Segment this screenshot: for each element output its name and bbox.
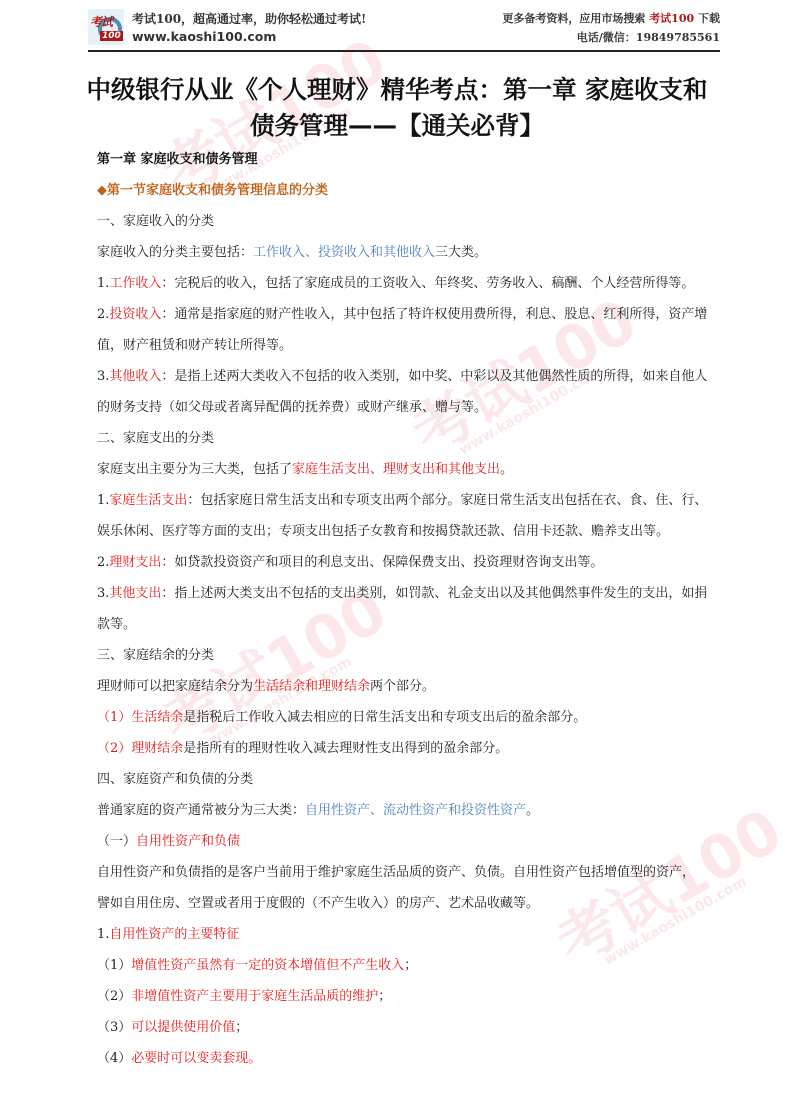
kaoshi100-logo-icon: 考试 100 [88, 9, 124, 45]
promo-suffix: 下载 [694, 12, 720, 25]
text: ：包括家庭日常生活支出和专项支出两个部分。家庭日常生活支出包括在衣、食、住、行、 [187, 493, 707, 508]
feature-item: （1）增值性资产虽然有一定的资本增值但不产生收入； [97, 955, 707, 986]
item-number: 3. [97, 586, 109, 601]
text: ：如贷款投资资产和项目的利息支出、保障保费支出、投资理财咨询支出等。 [161, 555, 603, 570]
chapter-heading: 第一章 家庭收支和债务管理 [97, 149, 707, 180]
contact-info: 电话/微信：19849785561 [577, 29, 720, 45]
highlight-text: 工作收入、投资收入和其他收入 [253, 245, 435, 260]
item-number: （一） [97, 834, 136, 849]
header-divider [88, 50, 720, 52]
feature-text: 必要时可以变卖套现 [131, 1051, 248, 1066]
list-item: （2）理财结余是指所有的理财性收入减去理财性支出得到的盈余部分。 [97, 738, 707, 769]
text: 。 [526, 803, 539, 818]
punctuation: ； [404, 958, 417, 973]
key-term: 理财支出 [109, 555, 161, 570]
text: 理财师可以把家庭结余分为 [97, 679, 253, 694]
subsection-heading: 二、家庭支出的分类 [97, 428, 707, 459]
title-line-1: 中级银行从业《个人理财》精华考点：第一章 家庭收支和 [80, 72, 714, 108]
highlight-text: 自用性资产、流动性资产和投资性资产 [305, 803, 526, 818]
list-item-continued: 值，财产租赁和财产转让所得等。 [97, 335, 707, 366]
key-term: 其他收入 [109, 369, 161, 384]
list-item-continued: 娱乐休闲、医疗等方面的支出；专项支出包括子女教育和按揭贷款还款、信用卡还款、赡养… [97, 521, 707, 552]
feature-item: （4）必要时可以变卖套现。 [97, 1048, 707, 1079]
text: ：通常是指家庭的财产性收入，其中包括了特许权使用费所得，利息、股息、红利所得，资… [161, 307, 707, 322]
paragraph: 家庭收入的分类主要包括：工作收入、投资收入和其他收入三大类。 [97, 242, 707, 273]
text: 三大类。 [435, 245, 487, 260]
text: 是指所有的理财性收入减去理财性支出得到的盈余部分。 [183, 741, 508, 756]
key-term: 自用性资产和负债 [136, 834, 240, 849]
logo-text: 考试 [90, 13, 112, 30]
text: ：指上述两大类支出不包括的支出类别，如罚款、礼金支出以及其他偶然事件发生的支出，… [161, 586, 707, 601]
highlight-text: 家庭生活支出、理财支出和其他支出 [292, 462, 500, 477]
list-item: （1）生活结余是指税后工作收入减去相应的日常生活支出和专项支出后的盈余部分。 [97, 707, 707, 738]
key-term: 工作收入 [109, 276, 161, 291]
punctuation: ； [378, 989, 391, 1004]
list-item: 3.其他支出：指上述两大类支出不包括的支出类别，如罚款、礼金支出以及其他偶然事件… [97, 583, 707, 614]
paragraph: 理财师可以把家庭结余分为生活结余和理财结余两个部分。 [97, 676, 707, 707]
list-item: 3.其他收入：是指上述两大类收入不包括的收入类别，如中奖、中彩以及其他偶然性质的… [97, 366, 707, 397]
paragraph-continued: 譬如自用住房、空置或者用于度假的（不产生收入）的房产、艺术品收藏等。 [97, 893, 707, 924]
feature-text: 可以提供使用价值 [131, 1020, 235, 1035]
subsection-heading: 一、家庭收入的分类 [97, 211, 707, 242]
list-item: 1.工作收入：完税后的收入，包括了家庭成员的工资收入、年终奖、劳务收入、稿酬、个… [97, 273, 707, 304]
slogan: 考试100，超高通过率，助你轻松通过考试! [132, 10, 366, 27]
item-number: 1. [97, 276, 109, 291]
item-number: （2） [97, 989, 131, 1004]
page-header: 考试 100 考试100，超高通过率，助你轻松通过考试! www.kaoshi1… [88, 7, 720, 47]
text: 两个部分。 [370, 679, 435, 694]
item-number: 2. [97, 555, 109, 570]
item-number: 2. [97, 307, 109, 322]
website-link[interactable]: www.kaoshi100.com [132, 29, 276, 44]
feature-text: 非增值性资产主要用于家庭生活品质的维护 [131, 989, 378, 1004]
key-term: 投资收入 [109, 307, 161, 322]
paragraph: 自用性资产和负债指的是客户当前用于维护家庭生活品质的资产、负债。自用性资产包括增… [97, 862, 707, 893]
text: ：是指上述两大类收入不包括的收入类别，如中奖、中彩以及其他偶然性质的所得，如来自… [161, 369, 707, 384]
page-title: 中级银行从业《个人理财》精华考点：第一章 家庭收支和 债务管理——【通关必背】 [80, 72, 714, 144]
text: 家庭支出主要分为三大类，包括了 [97, 462, 292, 477]
promo-brand: 考试100 [649, 12, 694, 25]
list-item-continued: 款等。 [97, 614, 707, 645]
key-term: 自用性资产的主要特征 [109, 927, 239, 942]
subsection-heading: 四、家庭资产和负债的分类 [97, 769, 707, 800]
logo-number: 100 [100, 31, 123, 41]
title-line-2: 债务管理——【通关必背】 [80, 108, 714, 144]
promo-text: 更多备考资料，应用市场搜索 考试100 下载 [502, 10, 720, 26]
list-item: 2.投资收入：通常是指家庭的财产性收入，其中包括了特许权使用费所得，利息、股息、… [97, 304, 707, 335]
list-item: 1.家庭生活支出：包括家庭日常生活支出和专项支出两个部分。家庭日常生活支出包括在… [97, 490, 707, 521]
text: 普通家庭的资产通常被分为三大类： [97, 803, 305, 818]
text: 是指税后工作收入减去相应的日常生活支出和专项支出后的盈余部分。 [183, 710, 586, 725]
item-number: 3. [97, 369, 109, 384]
key-term: 家庭生活支出 [109, 493, 187, 508]
text: 。 [500, 462, 513, 477]
key-term: （2）理财结余 [97, 741, 183, 756]
item-number: 1. [97, 927, 109, 942]
key-term: 其他支出 [109, 586, 161, 601]
punctuation: ； [235, 1020, 248, 1035]
item-number: （1） [97, 958, 131, 973]
promo-prefix: 更多备考资料，应用市场搜索 [502, 12, 649, 25]
text: 家庭收入的分类主要包括： [97, 245, 253, 260]
highlight-text: 生活结余和理财结余 [253, 679, 370, 694]
text: ：完税后的收入，包括了家庭成员的工资收入、年终奖、劳务收入、稿酬、个人经营所得等… [161, 276, 694, 291]
sub-heading: 1.自用性资产的主要特征 [97, 924, 707, 955]
item-number: （4） [97, 1051, 131, 1066]
punctuation: 。 [248, 1051, 261, 1066]
feature-item: （3）可以提供使用价值； [97, 1017, 707, 1048]
feature-text: 增值性资产虽然有一定的资本增值但不产生收入 [131, 958, 404, 973]
item-number: （3） [97, 1020, 131, 1035]
section-heading: ◆第一节家庭收支和债务管理信息的分类 [97, 180, 707, 211]
paragraph: 家庭支出主要分为三大类，包括了家庭生活支出、理财支出和其他支出。 [97, 459, 707, 490]
subsection-heading: 三、家庭结余的分类 [97, 645, 707, 676]
feature-item: （2）非增值性资产主要用于家庭生活品质的维护； [97, 986, 707, 1017]
paragraph: 普通家庭的资产通常被分为三大类：自用性资产、流动性资产和投资性资产。 [97, 800, 707, 831]
sub-heading: （一）自用性资产和负债 [97, 831, 707, 862]
key-term: （1）生活结余 [97, 710, 183, 725]
item-number: 1. [97, 493, 109, 508]
list-item-continued: 的财务支持（如父母或者离异配偶的抚养费）或财产继承、赠与等。 [97, 397, 707, 428]
document-body: 第一章 家庭收支和债务管理 ◆第一节家庭收支和债务管理信息的分类 一、家庭收入的… [97, 149, 707, 1079]
list-item: 2.理财支出：如贷款投资资产和项目的利息支出、保障保费支出、投资理财咨询支出等。 [97, 552, 707, 583]
